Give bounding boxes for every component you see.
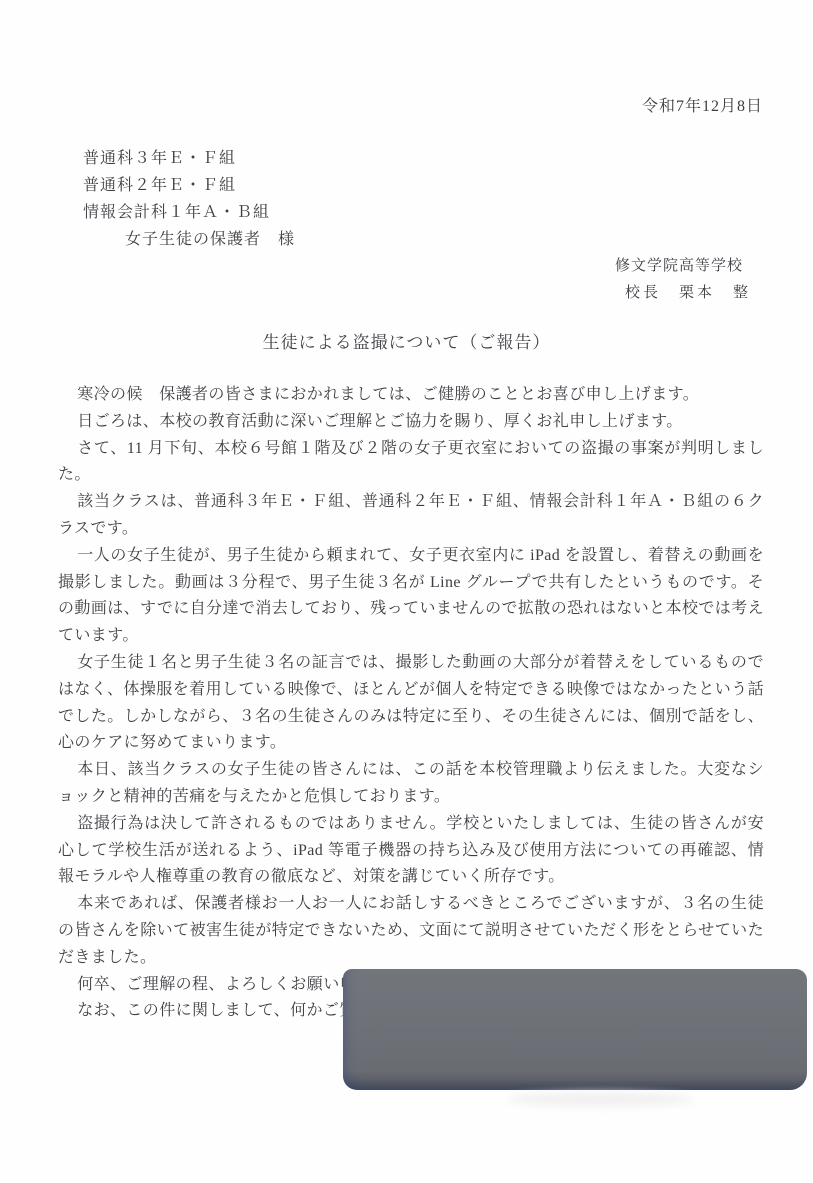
sender-principal-name: 校長 栗本 整 (625, 280, 751, 307)
body-paragraph: 一人の女子生徒が、男子生徒から頼まれて、女子更衣室内に iPad を設置し、着替… (58, 543, 764, 650)
body-paragraph: さて、11 月下旬、本校６号館１階及び２階の女子更衣室においての盗撮の事案が判明… (58, 436, 764, 490)
body-paragraph: 日ごろは、本校の教育活動に深いご理解とご協力を賜り、厚くお礼申し上げます。 (58, 409, 764, 436)
sender-block: 修文学院高等学校 校長 栗本 整 (615, 253, 751, 307)
letter-body: 寒冷の候 保護者の皆さまにおかれましては、ご健勝のこととお喜び申し上げます。 日… (58, 382, 764, 1025)
sender-school-name: 修文学院高等学校 (615, 253, 751, 280)
body-paragraph: 女子生徒１名と男子生徒３名の証言では、撮影した動画の大部分が着替えをしているもの… (58, 650, 764, 757)
recipient-line: 普通科２年Ｅ・Ｆ組 (83, 172, 295, 199)
document-date: 令和7年12月8日 (57, 93, 763, 116)
body-paragraph: 盗撮行為は決して許されるものではありません。学校といたしましては、生徒の皆さんが… (58, 811, 764, 891)
body-paragraph: 本来であれば、保護者様お一人お一人にお話しするべきところでございますが、３名の生… (58, 891, 764, 971)
document-title: 生徒による盗撮について（ご報告） (0, 328, 813, 353)
body-paragraph: 寒冷の候 保護者の皆さまにおかれましては、ご健勝のこととお喜び申し上げます。 (58, 382, 764, 409)
addressee-line: 女子生徒の保護者 様 (125, 226, 295, 253)
letter-page: 令和7年12月8日 普通科３年Ｅ・Ｆ組 普通科２年Ｅ・Ｆ組 情報会計科１年Ａ・Ｂ… (0, 0, 813, 1183)
body-paragraph: 該当クラスは、普通科３年Ｅ・Ｆ組、普通科２年Ｅ・Ｆ組、情報会計科１年Ａ・Ｂ組の６… (58, 489, 764, 543)
recipient-line: 普通科３年Ｅ・Ｆ組 (83, 145, 295, 172)
redaction-shadow-smudge (508, 1092, 693, 1107)
recipient-line: 情報会計科１年Ａ・Ｂ組 (83, 199, 295, 226)
redacted-contact-info-block (343, 969, 807, 1090)
recipient-block: 普通科３年Ｅ・Ｆ組 普通科２年Ｅ・Ｆ組 情報会計科１年Ａ・Ｂ組 女子生徒の保護者… (83, 145, 295, 253)
body-paragraph: 本日、該当クラスの女子生徒の皆さんには、この話を本校管理職より伝えました。大変な… (58, 757, 764, 811)
